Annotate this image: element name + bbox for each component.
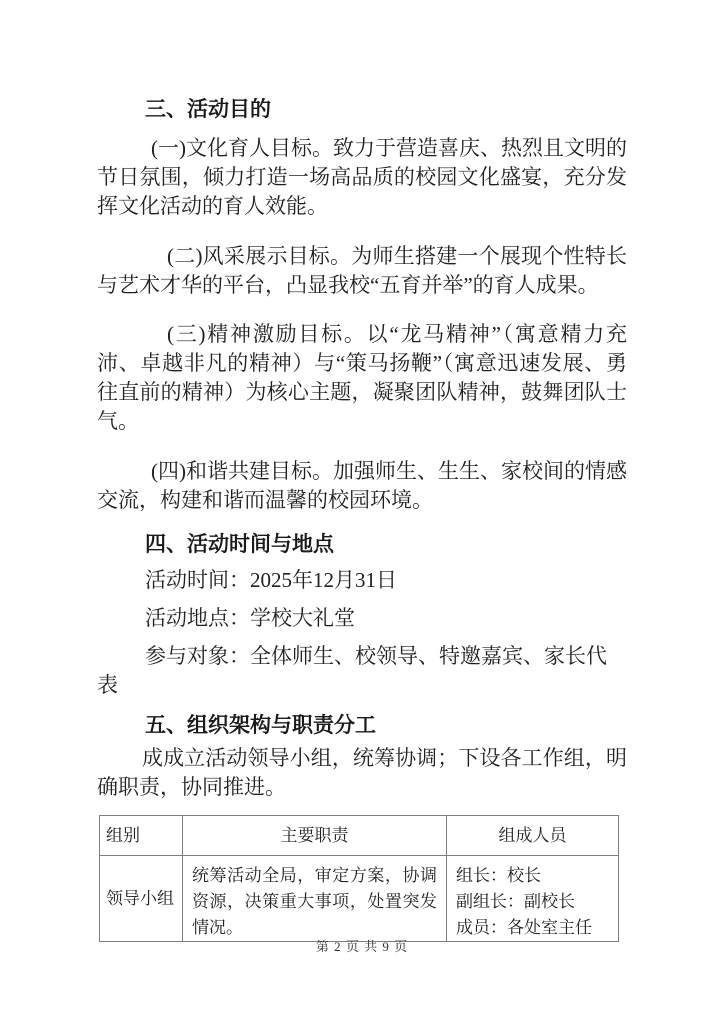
section-heading-goals: 三、活动目的 <box>97 94 627 124</box>
document-page: 三、活动目的 (一)文化育人目标。致力于营造喜庆、热烈且文明的节日氛围，倾力打造… <box>0 0 724 1024</box>
paragraph-goal-spirit: (三)精神激励目标。以“龙马精神”（寓意精力充沛、卓越非凡的精神）与“策马扬鞭”… <box>97 320 627 436</box>
member-line-deputy: 副组长：副校长 <box>456 889 618 915</box>
info-line-participants: 参与对象：全体师生、校领导、特邀嘉宾、家长代表 <box>97 642 627 700</box>
info-line-place: 活动地点：学校大礼堂 <box>97 604 627 633</box>
page-number: 第 2 页 共 9 页 <box>0 936 724 955</box>
header-cell-duties: 主要职责 <box>183 816 447 856</box>
cell-group-name: 领导小组 <box>100 856 183 942</box>
cell-members: 组长：校长 副组长：副校长 成员：各处室主任 <box>447 856 619 942</box>
info-line-time: 活动时间：2025年12月31日 <box>97 566 627 595</box>
paragraph-organization: 成成立活动领导小组，统筹协调；下设各工作组，明确职责，协同推进。 <box>97 744 627 802</box>
paragraph-goal-harmony: (四)和谐共建目标。加强师生、生生、家校间的情感交流，构建和谐而温馨的校园环境。 <box>97 457 627 515</box>
header-cell-members: 组成人员 <box>447 816 619 856</box>
member-line-leader: 组长：校长 <box>456 863 618 889</box>
table-row: 领导小组 统筹活动全局，审定方案，协调资源，决策重大事项，处置突发情况。 组长：… <box>100 856 619 942</box>
table-header-row: 组别 主要职责 组成人员 <box>100 816 619 856</box>
cell-duties: 统筹活动全局，审定方案，协调资源，决策重大事项，处置突发情况。 <box>183 856 447 942</box>
organization-table: 组别 主要职责 组成人员 领导小组 统筹活动全局，审定方案，协调资源，决策重大事… <box>99 815 619 942</box>
header-cell-group: 组别 <box>100 816 183 856</box>
paragraph-goal-showcase: (二)风采展示目标。为师生搭建一个展现个性特长与艺术才华的平台，凸显我校“五育并… <box>97 242 627 300</box>
paragraph-goal-culture: (一)文化育人目标。致力于营造喜庆、热烈且文明的节日氛围，倾力打造一场高品质的校… <box>97 134 627 221</box>
section-heading-schedule: 四、活动时间与地点 <box>97 529 627 559</box>
section-heading-organization: 五、组织架构与职责分工 <box>97 710 627 740</box>
document-body: 三、活动目的 (一)文化育人目标。致力于营造喜庆、热烈且文明的节日氛围，倾力打造… <box>97 0 627 942</box>
